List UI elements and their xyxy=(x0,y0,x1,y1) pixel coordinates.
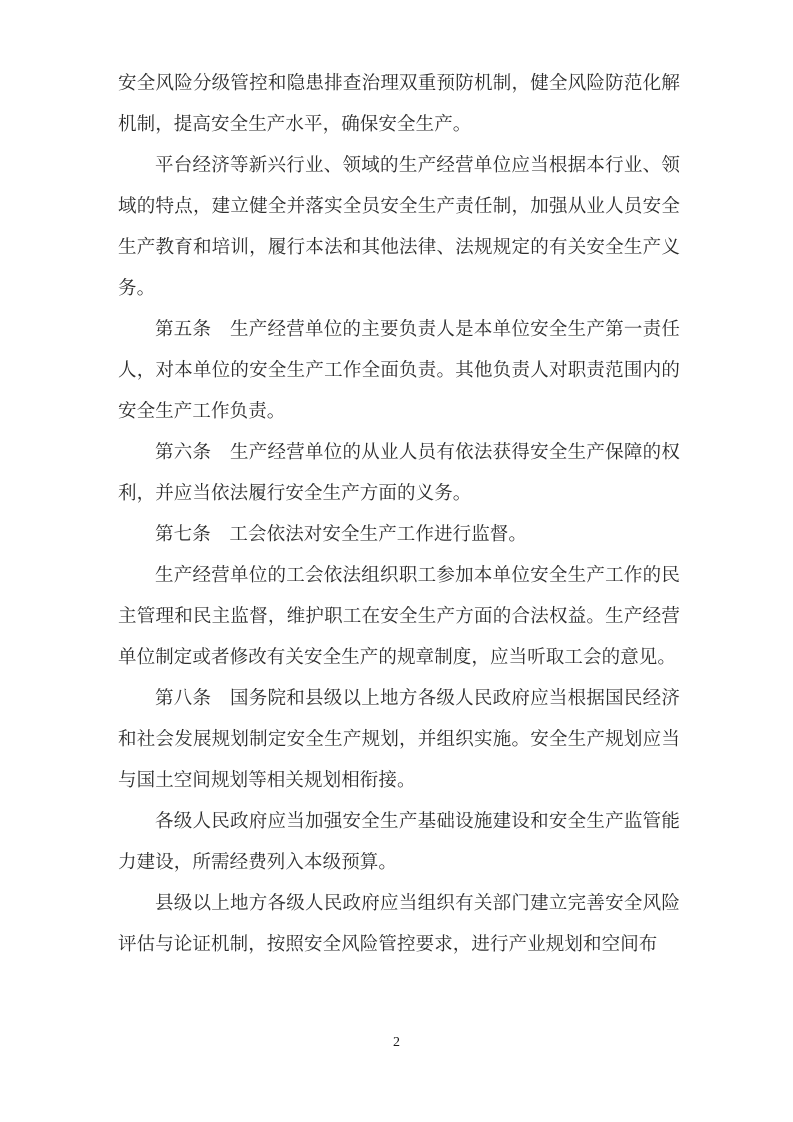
paragraph-article-8: 第八条 国务院和县级以上地方各级人民政府应当根据国民经济和社会发展规划制定安全生… xyxy=(118,679,680,802)
paragraph: 平台经济等新兴行业、领域的生产经营单位应当根据本行业、领域的特点，建立健全并落实… xyxy=(118,146,680,310)
paragraph-continuation: 安全风险分级管控和隐患排查治理双重预防机制，健全风险防范化解机制，提高安全生产水… xyxy=(118,64,680,146)
paragraph: 各级人民政府应当加强安全生产基础设施建设和安全生产监管能力建设，所需经费列入本级… xyxy=(118,802,680,884)
page-number: 2 xyxy=(0,1035,793,1051)
document-body: 安全风险分级管控和隐患排查治理双重预防机制，健全风险防范化解机制，提高安全生产水… xyxy=(118,64,680,966)
paragraph-article-5: 第五条 生产经营单位的主要负责人是本单位安全生产第一责任人，对本单位的安全生产工… xyxy=(118,310,680,433)
paragraph: 县级以上地方各级人民政府应当组织有关部门建立完善安全风险评估与论证机制，按照安全… xyxy=(118,884,680,966)
paragraph-article-7: 第七条 工会依法对安全生产工作进行监督。 xyxy=(118,515,680,556)
document-page: 安全风险分级管控和隐患排查治理双重预防机制，健全风险防范化解机制，提高安全生产水… xyxy=(0,0,793,1122)
paragraph: 生产经营单位的工会依法组织职工参加本单位安全生产工作的民主管理和民主监督，维护职… xyxy=(118,556,680,679)
paragraph-article-6: 第六条 生产经营单位的从业人员有依法获得安全生产保障的权利，并应当依法履行安全生… xyxy=(118,433,680,515)
